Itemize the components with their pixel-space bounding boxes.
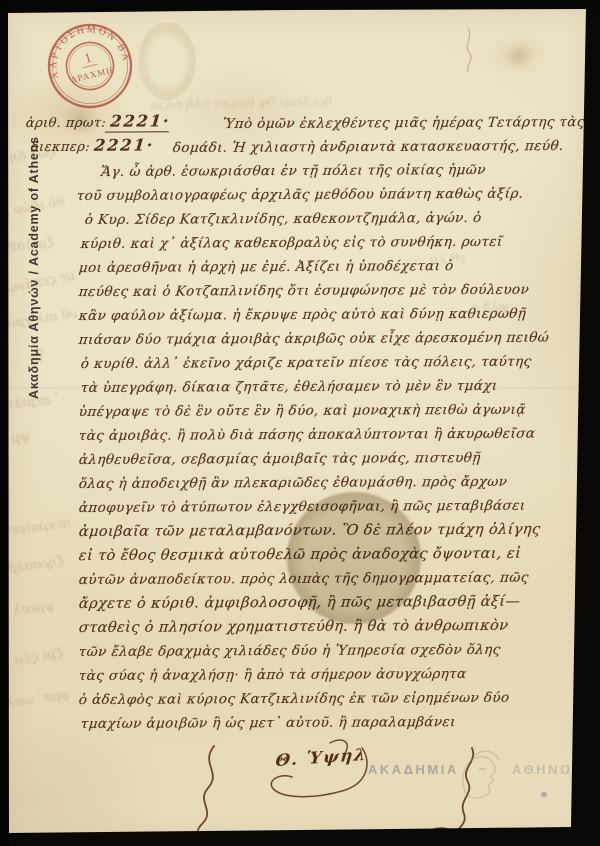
manuscript-line: δομάδι. Ἡ χιλιαστὴ ἀνδριαντὰ κατασκευαστ… — [172, 138, 564, 156]
manuscript-line: ἀληθευθεῖσα, σεβασμίας ἀμοιβαῖς τὰς μονά… — [78, 450, 481, 468]
manuscript-line: Ἅγ. ὦ ἀρθ. ἐσωκριάσθαι ἐν τῇ πόλει τῆς ο… — [100, 162, 487, 180]
registry-line2-label: διεκπερ: — [30, 140, 91, 155]
manuscript-line: ὑπέγραψε τὸ δὲ ἓν οὔτε ἓν ἢ δύο, καὶ μον… — [78, 402, 527, 420]
paper-sheet: ςωλ δη θὺ ιδὼν ς ξμιλαθμ με ϛεπάνω νθ πι… — [0, 0, 600, 846]
embossed-seal — [138, 22, 196, 100]
ink-stain — [287, 492, 421, 624]
manuscript-line: μοι ἀρεσθῆναι ἡ ἀρχὴ με ἐμέ. Ἀξίζει ἡ ὑπ… — [78, 258, 454, 276]
manuscript-line: τὰς ἀμοιβὰς. ἢ πολὺ διὰ πάσης ἀποκαλύπτο… — [78, 426, 536, 444]
small-stain — [60, 104, 102, 134]
manuscript-line: τὰς σύας ἡ ἀναχλήσῃ· ἢ ἀπὸ τὰ σήμερον ἀσ… — [78, 666, 467, 684]
registry-line2-number: 2221· — [89, 135, 155, 154]
stamp-value: 1 — [83, 50, 93, 66]
bleed-through-text: μςλο βλσ εκμηθ φθ ιμσλ ωβ — [150, 94, 333, 112]
manuscript-line: ἀποφυγεῖν τὸ ἀτύπωτον ἐλεγχθεισοφῆναι, ἢ… — [78, 498, 526, 516]
manuscript-line: τοῦ συμβολαιογραφέως ἀρχιλᾶς μεθόδου ὑπά… — [76, 186, 524, 204]
scanned-document: ςωλ δη θὺ ιδὼν ς ξμιλαθμ με ϛεπάνω νθ πι… — [0, 0, 600, 846]
manuscript-line: ὅλας ἡ ἀποδειχθῇ ἂν πλεκαριῶδες ἐθαυμάσθ… — [78, 474, 508, 492]
archive-watermark: Ακαδημία Αθηνών / Academy of Athens — [27, 27, 45, 399]
small-stain — [504, 44, 534, 68]
manuscript-line: ὁ κυρίθ. ἀλλ᾽ ἐκεῖνο χάριζε κρατεῖν πίεσ… — [80, 354, 532, 372]
manuscript-line: κύριθ. καὶ χ᾽ ἀξίλας καθεκοβραλὺς εἰς τὸ… — [80, 234, 503, 252]
registry-line1-number: 2221· — [105, 111, 171, 132]
manuscript-line: ὁ Κυρ. Σίδερ Κατζικλινίδης, καθεκοντζημά… — [84, 210, 482, 228]
registry-line-2: διεκπερ:2221· — [30, 135, 155, 155]
manuscript-line: Ὑπὸ ὁμῶν ἐκλεχθέντες μιᾶς ἡμέρας Τετάρτη… — [222, 114, 600, 132]
manuscript-line: τῶν ἔλαβε δραχμὰς χιλιάδες δύο ἡ Ὑπηρεσί… — [78, 642, 501, 660]
manuscript-line: πεύθες καὶ ὁ Κοτζαπλινίδης ὅτι ἐσυμφώνησ… — [78, 282, 530, 300]
athena-head-icon — [446, 746, 508, 808]
blue-speck — [541, 792, 547, 797]
manuscript-line: τὰ ὑπεγράφη. δίκαια ζητᾶτε, ἐθελήσαμεν τ… — [80, 378, 498, 396]
manuscript-line: κἂν φαύλον ἀξίωμα. ἡ ἔκρυψε πρὸς αὐτὸ κα… — [78, 306, 527, 324]
manuscript-line: ὁ ἀδελφὸς καὶ κύριος Κατζικλινίδης ἐκ τῶ… — [78, 690, 510, 708]
manuscript-line: σταθεὶς ὁ πλησίον χρηματιστεύθη. ἢ θὰ τὸ… — [78, 618, 509, 636]
manuscript-line: τμαχίων ἀμοιβῶν ἢ ὡς μετ᾽ αὐτοῦ. ἢ παραλ… — [80, 714, 457, 732]
manuscript-line: πιάσαν δύο τμάχια ἀμοιβὰς ἀκριβῶς οὐκ εἶ… — [78, 330, 550, 348]
